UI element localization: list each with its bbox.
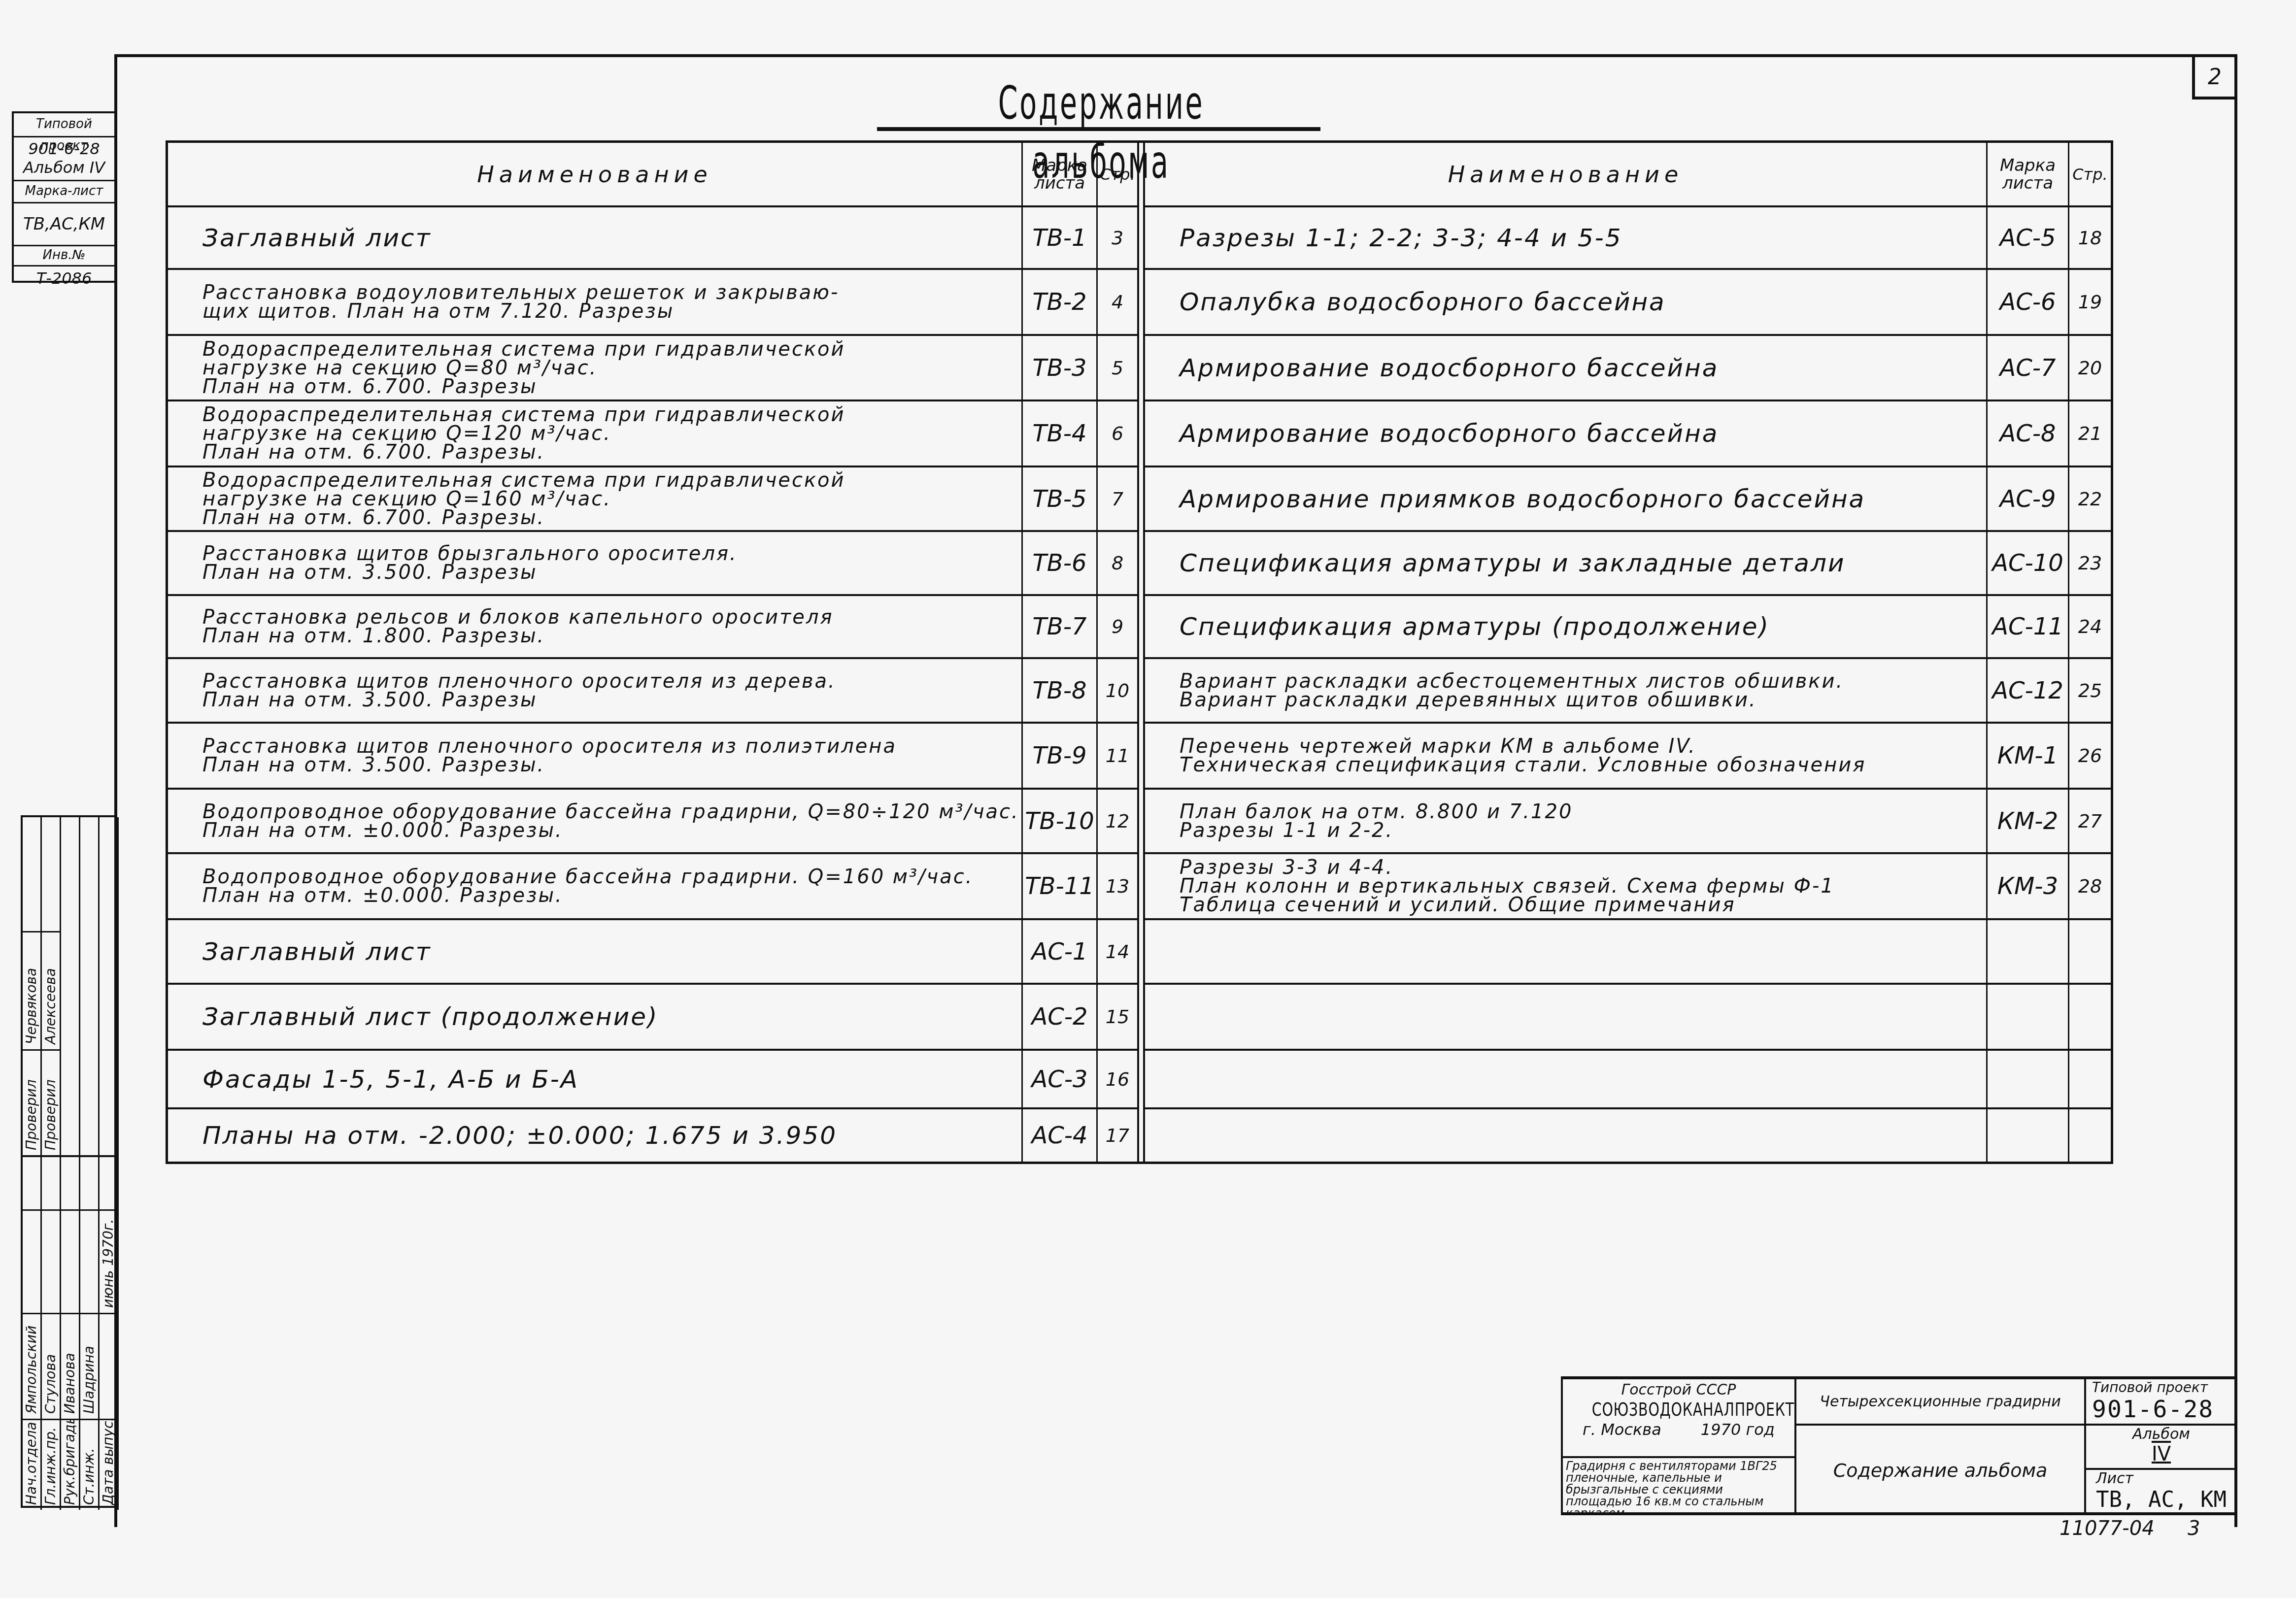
row-mark: ТВ-4: [1023, 401, 1098, 466]
side-stamp-project-code: 901-6-28: [28, 139, 100, 158]
header-page: Стр.: [1098, 143, 1137, 205]
table-row: Разрезы 3-3 и 4-4. План колонн и вертика…: [1145, 854, 2111, 920]
signature-row: Гл.инж.пр.Стулова: [42, 817, 61, 1510]
row-mark: ТВ-6: [1023, 532, 1098, 594]
title-underline: [877, 127, 1320, 131]
table-row: [1145, 1051, 2111, 1109]
table-row: Расстановка водоуловительных решеток и з…: [168, 270, 1137, 336]
signature-row: Дата выпускаиюнь 1970г.: [100, 817, 119, 1510]
table-row: [1145, 1109, 2111, 1162]
side-stamp: Типовой проект 901-6-28 Альбом IV Марка-…: [12, 111, 114, 283]
checked-role: Проверил: [42, 1049, 61, 1155]
row-name: Водопроводное оборудование бассейна град…: [168, 854, 1023, 918]
left-header-row: НаименованиеМаркалистаСтр.: [168, 143, 1137, 207]
row-mark: ТВ-1: [1023, 207, 1098, 268]
row-name: Перечень чертежей марки КМ в альбоме IV.…: [1145, 724, 1988, 788]
table-row: Вариант раскладки асбестоцементных листо…: [1145, 659, 2111, 724]
footer-page-number: 3: [2188, 1517, 2200, 1540]
signature-spacer: [23, 1155, 40, 1209]
table-row: Армирование водосборного бассейнаАС-720: [1145, 336, 2111, 401]
checked-name: Червякова: [23, 931, 42, 1049]
row-mark: АС-10: [1988, 532, 2069, 594]
row-page: 27: [2069, 790, 2111, 852]
table-row: Водораспределительная система при гидрав…: [168, 467, 1137, 532]
signature-spacer: [61, 1155, 79, 1209]
title-block-sheet-label: Лист: [2096, 1470, 2236, 1487]
header-mark-line2: листа: [2002, 174, 2053, 192]
signature-sign: [61, 1209, 79, 1313]
row-page: 19: [2069, 270, 2111, 334]
row-page: 3: [1098, 207, 1137, 268]
header-page: Стр.: [2069, 143, 2111, 205]
row-name: Заглавный лист (продолжение): [168, 985, 1023, 1049]
row-name: Спецификация арматуры (продолжение): [1145, 596, 1988, 657]
archive-number: 11077-04: [2060, 1517, 2155, 1540]
row-page: 24: [2069, 596, 2111, 657]
signature-grid: Нач.отделаЯмпольскийГл.инж.пр.СтуловаРук…: [23, 817, 119, 1510]
table-row: Водораспределительная система при гидрав…: [168, 336, 1137, 401]
row-mark: ТВ-7: [1023, 596, 1098, 657]
contents-left-column: НаименованиеМаркалистаСтр.Заглавный лист…: [168, 143, 1137, 1162]
table-row: [1145, 920, 2111, 985]
row-page: 18: [2069, 207, 2111, 268]
signature-row: Нач.отделаЯмпольский: [23, 817, 42, 1510]
row-page: 11: [1098, 724, 1137, 788]
header-mark-line1: Марка: [1032, 157, 1087, 174]
side-stamp-album: Альбом IV: [23, 158, 105, 177]
title-block-org: Госстрой СССР СОЮЗВОДОКАНАЛПРОЕКТ г. Мос…: [1563, 1379, 1796, 1458]
row-page: 12: [1098, 790, 1137, 852]
row-mark: КМ-2: [1988, 790, 2069, 852]
row-mark: ТВ-5: [1023, 467, 1098, 530]
table-row: Армирование водосборного бассейнаАС-821: [1145, 401, 2111, 467]
row-name: Заглавный лист: [168, 207, 1023, 268]
row-name: План балок на отм. 8.800 и 7.120 Разрезы…: [1145, 790, 1988, 852]
row-name: Водораспределительная система при гидрав…: [168, 467, 1023, 530]
signature-row: Рук.бригадыИванова: [61, 817, 80, 1510]
row-page: 7: [1098, 467, 1137, 530]
title-block-sheet-title: Содержание альбома: [1796, 1426, 2086, 1515]
signature-spacer: [100, 1155, 117, 1209]
row-name: Разрезы 3-3 и 4-4. План колонн и вертика…: [1145, 854, 1988, 918]
title-block-project-label: Типовой проект: [2092, 1379, 2236, 1396]
row-mark: АС-11: [1988, 596, 2069, 657]
row-mark: АС-2: [1023, 985, 1098, 1049]
title-block-sheet-value: ТВ, АС, КМ: [2096, 1487, 2236, 1512]
row-mark: [1988, 1051, 2069, 1107]
header-mark-line2: листа: [1034, 174, 1085, 192]
signature-role: Нач.отдела: [23, 1419, 40, 1510]
row-mark: ТВ-11: [1023, 854, 1098, 918]
row-mark: [1988, 1109, 2069, 1162]
title-block-album-value: IV: [2086, 1443, 2236, 1465]
title-block-album-label: Альбом: [2086, 1426, 2236, 1443]
title-block-project-code: 901-6-28: [2092, 1396, 2236, 1423]
row-name: [1145, 920, 1988, 983]
header-name: Наименование: [168, 143, 1023, 205]
org-city: г. Москва: [1583, 1420, 1661, 1439]
sheet-number: 2: [2208, 65, 2222, 90]
signature-sign: июнь 1970г.: [100, 1209, 117, 1313]
header-name: Наименование: [1145, 143, 1988, 205]
row-mark: ТВ-9: [1023, 724, 1098, 788]
row-mark: АС-8: [1988, 401, 2069, 466]
row-page: 22: [2069, 467, 2111, 530]
table-row: Водопроводное оборудование бассейна град…: [168, 854, 1137, 920]
org-year: 1970 год: [1701, 1420, 1775, 1439]
row-page: [2069, 985, 2111, 1049]
table-row: Водопроводное оборудование бассейна град…: [168, 790, 1137, 854]
row-page: 4: [1098, 270, 1137, 334]
row-mark: АС-7: [1988, 336, 2069, 399]
row-mark: АС-3: [1023, 1051, 1098, 1107]
row-name: Спецификация арматуры и закладные детали: [1145, 532, 1988, 594]
row-page: 6: [1098, 401, 1137, 466]
row-page: 16: [1098, 1051, 1137, 1107]
page-title: Содержание альбома: [956, 74, 1247, 133]
row-mark: КМ-1: [1988, 724, 2069, 788]
row-name: Расстановка щитов пленочного оросителя и…: [168, 724, 1023, 788]
title-block-project: Типовой проект 901-6-28: [2086, 1379, 2236, 1426]
table-row: Заглавный листАС-114: [168, 920, 1137, 985]
signature-block: Нач.отделаЯмпольскийГл.инж.пр.СтуловаРук…: [21, 815, 117, 1508]
table-row: Армирование приямков водосборного бассей…: [1145, 467, 2111, 532]
signature-sign: [23, 1209, 40, 1313]
checked-role: Проверил: [23, 1049, 42, 1155]
signature-role: Рук.бригады: [61, 1419, 79, 1510]
signature-role: Ст.инж.: [80, 1419, 98, 1510]
table-row: Расстановка рельсов и блоков капельного …: [168, 596, 1137, 659]
org-ministry: Госстрой СССР: [1563, 1381, 1794, 1398]
row-page: 25: [2069, 659, 2111, 722]
row-name: Расстановка водоуловительных решеток и з…: [168, 270, 1023, 334]
row-name: Планы на отм. -2.000; ±0.000; 1.675 и 3.…: [168, 1109, 1023, 1162]
side-stamp-mark-label: Марка-лист: [14, 181, 114, 203]
row-page: 21: [2069, 401, 2111, 466]
table-row: Опалубка водосборного бассейнаАС-619: [1145, 270, 2111, 336]
signature-name: Иванова: [61, 1313, 79, 1419]
contents-table: НаименованиеМаркалистаСтр.Заглавный лист…: [166, 140, 2113, 1164]
side-stamp-marks: ТВ,АС,КМ: [14, 203, 114, 246]
row-name: Водопроводное оборудование бассейна град…: [168, 790, 1023, 852]
title-block-album: Альбом IV: [2086, 1426, 2236, 1470]
table-row: Спецификация арматуры (продолжение)АС-11…: [1145, 596, 2111, 659]
row-name: Фасады 1-5, 5-1, А-Б и Б-А: [168, 1051, 1023, 1107]
row-page: 20: [2069, 336, 2111, 399]
row-page: 8: [1098, 532, 1137, 594]
title-block-project-name: Четырехсекционные градирни: [1796, 1379, 2086, 1426]
side-stamp-project: 901-6-28 Альбом IV: [14, 137, 114, 181]
signature-sign: [80, 1209, 98, 1313]
row-page: 14: [1098, 920, 1137, 983]
row-mark: АС-1: [1023, 920, 1098, 983]
row-mark: [1988, 920, 2069, 983]
contents-right-column: НаименованиеМаркалистаСтр.Разрезы 1-1; 2…: [1143, 143, 2111, 1162]
row-page: 23: [2069, 532, 2111, 594]
row-page: 26: [2069, 724, 2111, 788]
row-name: Армирование водосборного бассейна: [1145, 336, 1988, 399]
signature-spacer: [80, 1155, 98, 1209]
row-page: [2069, 1051, 2111, 1107]
table-row: Водораспределительная система при гидрав…: [168, 401, 1137, 467]
row-page: 17: [1098, 1109, 1137, 1162]
row-page: [2069, 1109, 2111, 1162]
side-stamp-project-label: Типовой проект: [14, 113, 114, 137]
signature-name: Ямпольский: [23, 1313, 40, 1419]
title-block: Госстрой СССР СОЮЗВОДОКАНАЛПРОЕКТ г. Мос…: [1561, 1376, 2237, 1515]
row-name: Разрезы 1-1; 2-2; 3-3; 4-4 и 5-5: [1145, 207, 1988, 268]
row-mark: ТВ-10: [1023, 790, 1098, 852]
org-name: СОЮЗВОДОКАНАЛПРОЕКТ: [1592, 1398, 1766, 1420]
table-row: Разрезы 1-1; 2-2; 3-3; 4-4 и 5-5АС-518: [1145, 207, 2111, 270]
signature-role: Дата выпуска: [100, 1419, 117, 1510]
row-name: Вариант раскладки асбестоцементных листо…: [1145, 659, 1988, 722]
table-row: Заглавный лист (продолжение)АС-215: [168, 985, 1137, 1051]
row-mark: АС-12: [1988, 659, 2069, 722]
header-mark-line1: Марка: [2000, 157, 2056, 174]
side-stamp-inv-number: Т-2086: [14, 266, 114, 290]
signature-row: Ст.инж.Шадрина: [80, 817, 100, 1510]
row-page: [2069, 920, 2111, 983]
column-divider: [1137, 143, 1143, 1162]
side-stamp-inv-label: Инв.№: [14, 246, 114, 266]
header-mark: Маркалиста: [1023, 143, 1098, 205]
row-mark: АС-6: [1988, 270, 2069, 334]
checked-name: Алексеева: [42, 931, 61, 1049]
row-mark: ТВ-2: [1023, 270, 1098, 334]
title-block-sheet: Лист ТВ, АС, КМ: [2086, 1470, 2236, 1515]
table-row: Спецификация арматуры и закладные детали…: [1145, 532, 2111, 596]
row-name: Опалубка водосборного бассейна: [1145, 270, 1988, 334]
row-mark: АС-9: [1988, 467, 2069, 530]
row-mark: ТВ-3: [1023, 336, 1098, 399]
signature-name: Шадрина: [80, 1313, 98, 1419]
row-mark: АС-5: [1988, 207, 2069, 268]
row-name: [1145, 1051, 1988, 1107]
table-row: Расстановка щитов пленочного оросителя и…: [168, 659, 1137, 724]
row-page: 28: [2069, 854, 2111, 918]
row-mark: АС-4: [1023, 1109, 1098, 1162]
row-name: Расстановка рельсов и блоков капельного …: [168, 596, 1023, 657]
row-name: Расстановка щитов пленочного оросителя и…: [168, 659, 1023, 722]
row-mark: [1988, 985, 2069, 1049]
table-row: Планы на отм. -2.000; ±0.000; 1.675 и 3.…: [168, 1109, 1137, 1162]
table-row: Перечень чертежей марки КМ в альбоме IV.…: [1145, 724, 2111, 790]
row-page: 10: [1098, 659, 1137, 722]
right-header-row: НаименованиеМаркалистаСтр.: [1145, 143, 2111, 207]
row-name: Водораспределительная система при гидрав…: [168, 336, 1023, 399]
org-location: г. Москва 1970 год: [1563, 1420, 1794, 1439]
row-name: Армирование водосборного бассейна: [1145, 401, 1988, 466]
table-row: Расстановка щитов брызгального оросителя…: [168, 532, 1137, 596]
signature-spacer: [42, 1155, 60, 1209]
row-name: [1145, 1109, 1988, 1162]
row-page: 13: [1098, 854, 1137, 918]
row-name: [1145, 985, 1988, 1049]
signature-sign: [42, 1209, 60, 1313]
title-block-description: Градирня с вентиляторами 1ВГ25 пленочные…: [1563, 1458, 1796, 1515]
row-name: Армирование приямков водосборного бассей…: [1145, 467, 1988, 530]
row-name: Расстановка щитов брызгального оросителя…: [168, 532, 1023, 594]
row-mark: КМ-3: [1988, 854, 2069, 918]
signature-name: Стулова: [42, 1313, 60, 1419]
sheet-number-box: 2: [2192, 54, 2237, 100]
row-page: 15: [1098, 985, 1137, 1049]
signature-role: Гл.инж.пр.: [42, 1419, 60, 1510]
row-page: 9: [1098, 596, 1137, 657]
row-name: Заглавный лист: [168, 920, 1023, 983]
table-row: План балок на отм. 8.800 и 7.120 Разрезы…: [1145, 790, 2111, 854]
row-name: Водораспределительная система при гидрав…: [168, 401, 1023, 466]
header-mark: Маркалиста: [1988, 143, 2069, 205]
signature-name: [100, 1313, 117, 1419]
row-page: 5: [1098, 336, 1137, 399]
table-row: Расстановка щитов пленочного оросителя и…: [168, 724, 1137, 790]
table-row: Заглавный листТВ-13: [168, 207, 1137, 270]
row-mark: ТВ-8: [1023, 659, 1098, 722]
table-row: Фасады 1-5, 5-1, А-Б и Б-ААС-316: [168, 1051, 1137, 1109]
table-row: [1145, 985, 2111, 1051]
